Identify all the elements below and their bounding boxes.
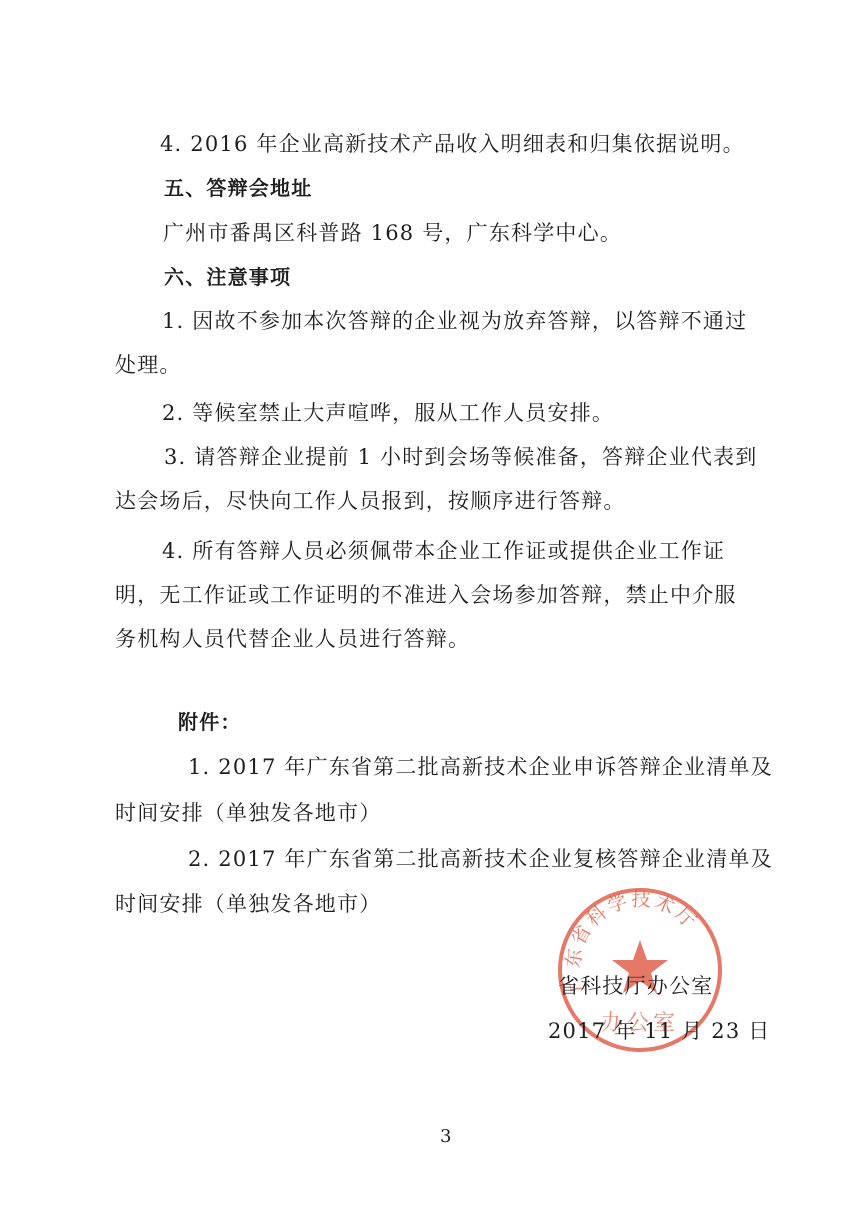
issuer-office: 省科技厅办公室: [558, 970, 713, 1000]
section5-heading: 五、答辩会地址: [164, 172, 312, 201]
note1-line1: 1. 因故不参加本次答辩的企业视为放弃答辩，以答辩不通过: [162, 305, 747, 335]
note2: 2. 等候室禁止大声喧哗，服从工作人员安排。: [162, 397, 614, 427]
attachment1-line2: 时间安排（单独发各地市）: [115, 797, 381, 827]
attachment2-line1: 2. 2017 年广东省第二批高新技术企业复核答辩企业清单及: [188, 843, 773, 873]
issue-date: 2017 年 11 月 23 日: [548, 1015, 770, 1045]
note3-line2: 达会场后，尽快向工作人员报到，按顺序进行答辩。: [115, 485, 626, 515]
item4-material: 4. 2016 年企业高新技术产品收入明细表和归集依据说明。: [160, 128, 745, 158]
section5-address: 广州市番禺区科普路 168 号，广东科学中心。: [163, 217, 622, 247]
attachment2-line2: 时间安排（单独发各地市）: [115, 888, 381, 918]
page-number: 3: [440, 1126, 451, 1147]
attachment1-line1: 1. 2017 年广东省第二批高新技术企业申诉答辩企业清单及: [188, 751, 773, 781]
note4-line1: 4. 所有答辩人员必须佩带本企业工作证或提供企业工作证: [162, 535, 725, 565]
attachments-heading: 附件：: [178, 706, 242, 735]
note1-line2: 处理。: [115, 349, 182, 379]
section6-heading: 六、注意事项: [164, 261, 291, 290]
note4-line3: 务机构人员代替企业人员进行答辩。: [115, 623, 470, 653]
note3-line1: 3. 请答辩企业提前 1 小时到会场等候准备，答辩企业代表到: [164, 441, 757, 471]
note4-line2: 明，无工作证或工作证明的不准进入会场参加答辩，禁止中介服: [115, 579, 737, 609]
